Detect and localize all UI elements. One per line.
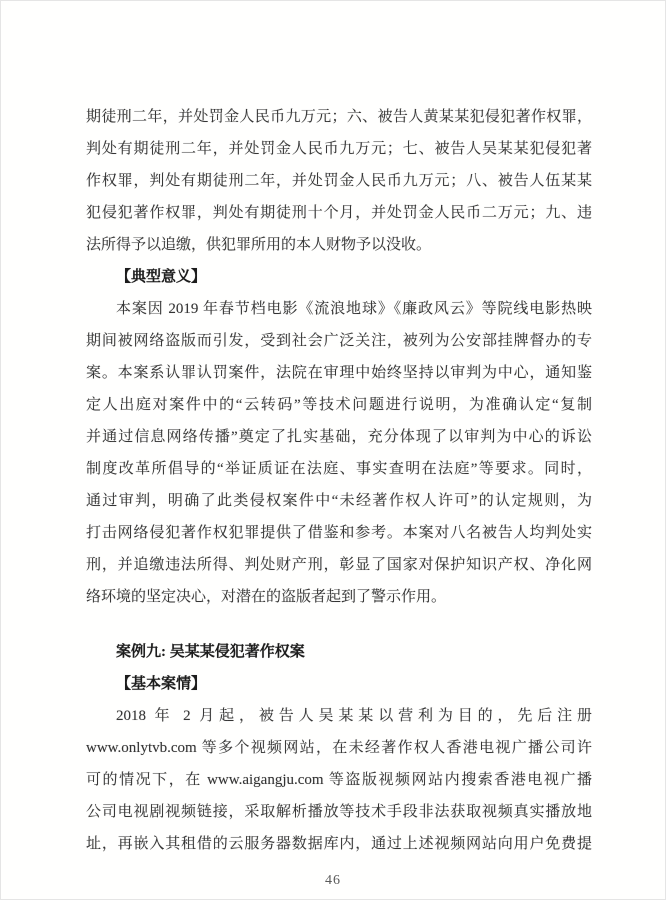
document-page: 期徒刑二年，并处罚金人民币九万元；六、被告人黄某某犯侵犯著作权罪， 判处有期徒刑…: [0, 0, 666, 900]
text-line: 定人出庭对案件中的“云转码”等技术问题进行说明，为准确认定“复制: [86, 389, 592, 421]
document-body: 期徒刑二年，并处罚金人民币九万元；六、被告人黄某某犯侵犯著作权罪， 判处有期徒刑…: [86, 101, 592, 860]
text-line: 刑，并追缴违法所得、判处财产刑，彰显了国家对保护知识产权、净化网: [86, 549, 592, 581]
significance-section-heading: 【典型意义】: [86, 261, 592, 293]
text-line: 犯侵犯著作权罪，判处有期徒刑十个月，并处罚金人民币二万元；九、违: [86, 197, 592, 229]
significance-paragraph: 本案因 2019 年春节档电影《流浪地球》《廉政风云》等院线电影热映 期间被网络…: [86, 293, 592, 613]
text-line: 络环境的坚定决心，对潜在的盗版者起到了警示作用。: [86, 581, 592, 613]
case-nine-heading: 案例九: 吴某某侵犯著作权案: [86, 636, 592, 668]
text-line: www.onlytvb.com 等多个视频网站，在未经著作权人香港电视广播公司许: [86, 732, 592, 764]
text-line: 并通过信息网络传播”奠定了扎实基础，充分体现了以审判为中心的诉讼: [86, 421, 592, 453]
text-line: 打击网络侵犯著作权犯罪提供了借鉴和参考。本案对八名被告人均判处实: [86, 517, 592, 549]
verdict-paragraph: 期徒刑二年，并处罚金人民币九万元；六、被告人黄某某犯侵犯著作权罪， 判处有期徒刑…: [86, 101, 592, 261]
text-line: 本案因 2019 年春节档电影《流浪地球》《廉政风云》等院线电影热映: [86, 293, 592, 325]
basic-facts-heading: 【基本案情】: [86, 668, 592, 700]
facts-paragraph: 2018 年 2 月起，被告人吴某某以营利为目的，先后注册 www.onlytv…: [86, 700, 592, 860]
text-line: 作权罪，判处有期徒刑二年，并处罚金人民币九万元；八、被告人伍某某: [86, 165, 592, 197]
page-number: 46: [1, 873, 665, 889]
text-line: 通过审判，明确了此类侵权案件中“未经著作权人许可”的认定规则，为: [86, 485, 592, 517]
text-line: 期徒刑二年，并处罚金人民币九万元；六、被告人黄某某犯侵犯著作权罪，: [86, 101, 592, 133]
text-line: 址，再嵌入其租借的云服务器数据库内，通过上述视频网站向用户免费提: [86, 828, 592, 860]
text-line: 判处有期徒刑二年，并处罚金人民币九万元；七、被告人吴某某犯侵犯著: [86, 133, 592, 165]
text-line: 案。本案系认罪认罚案件，法院在审理中始终坚持以审判为中心，通知鉴: [86, 357, 592, 389]
text-line: 2018 年 2 月起，被告人吴某某以营利为目的，先后注册: [86, 700, 592, 732]
text-line: 公司电视剧视频链接，采取解析播放等技术手段非法获取视频真实播放地: [86, 796, 592, 828]
text-line: 法所得予以追缴，供犯罪所用的本人财物予以没收。: [86, 229, 592, 261]
text-line: 可的情况下，在 www.aigangju.com 等盗版视频网站内搜索香港电视广…: [86, 764, 592, 796]
text-line: 制度改革所倡导的“举证质证在法庭、事实查明在法庭”等要求。同时，: [86, 453, 592, 485]
text-line: 期间被网络盗版而引发，受到社会广泛关注，被列为公安部挂牌督办的专: [86, 325, 592, 357]
